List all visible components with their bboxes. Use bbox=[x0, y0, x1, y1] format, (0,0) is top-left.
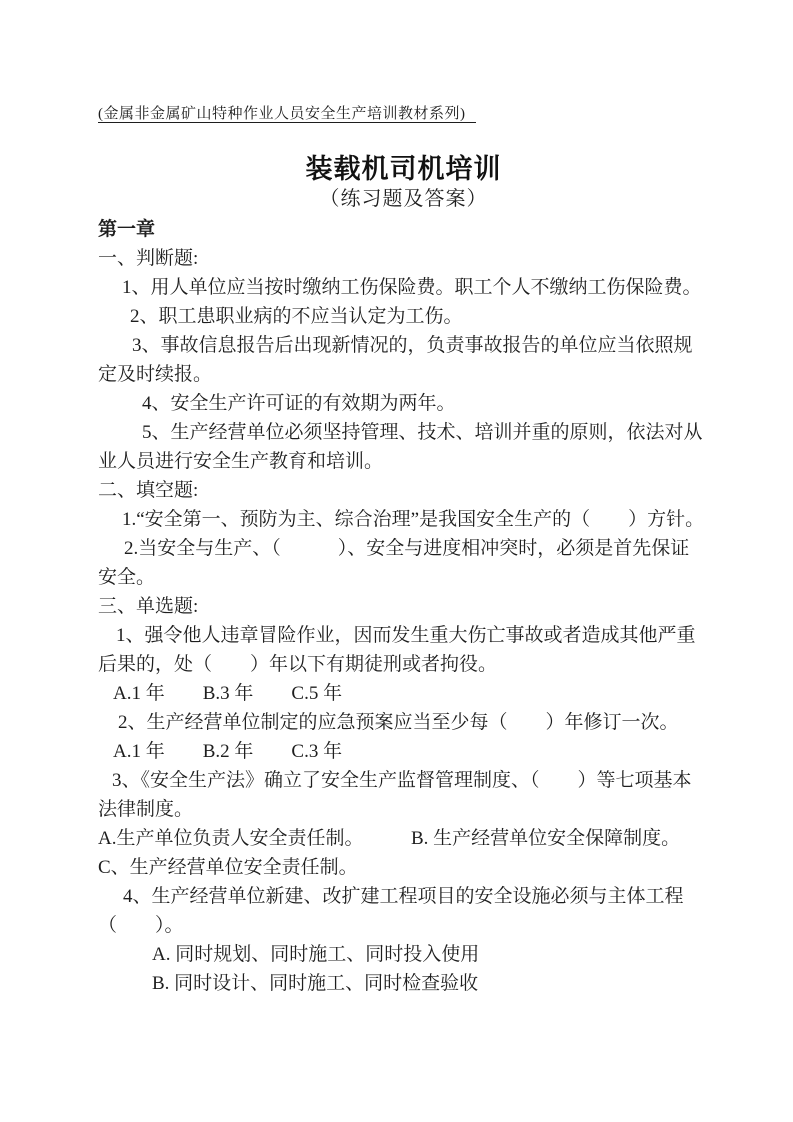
doc-line: 2.当安全与生产、（ ）、安全与进度相冲突时，必须是首先保证 bbox=[98, 534, 709, 563]
doc-line: 一、判断题: bbox=[98, 244, 709, 273]
series-header: (金属非金属矿山特种作业人员安全生产培训教材系列) bbox=[98, 104, 709, 124]
doc-title: 装载机司机培训 bbox=[98, 152, 709, 186]
doc-line: 1、强令他人违章冒险作业，因而发生重大伤亡事故或者造成其他严重 bbox=[98, 621, 709, 650]
doc-subtitle: （练习题及答案） bbox=[98, 186, 709, 212]
doc-body: 第一章一、判断题:1、用人单位应当按时缴纳工伤保险费。职工个人不缴纳工伤保险费。… bbox=[98, 215, 709, 998]
doc-line: B. 同时设计、同时施工、同时检查验收 bbox=[98, 969, 709, 998]
doc-line: 法律制度。 bbox=[98, 795, 709, 824]
doc-line: （ ）。 bbox=[98, 911, 709, 940]
series-header-text: (金属非金属矿山特种作业人员安全生产培训教材系列) bbox=[98, 106, 476, 123]
doc-line: A.1 年 B.3 年 C.5 年 bbox=[98, 679, 709, 708]
doc-line: 3、《安全生产法》确立了安全生产监督管理制度、（ ）等七项基本 bbox=[98, 766, 709, 795]
doc-line: 安全。 bbox=[98, 563, 709, 592]
doc-line: A.生产单位负责人安全责任制。 B. 生产经营单位安全保障制度。 bbox=[98, 824, 709, 853]
doc-line: 业人员进行安全生产教育和培训。 bbox=[98, 447, 709, 476]
doc-line: 2、生产经营单位制定的应急预案应当至少每（ ）年修订一次。 bbox=[98, 708, 709, 737]
doc-line: 后果的，处（ ）年以下有期徒刑或者拘役。 bbox=[98, 650, 709, 679]
doc-line: 4、生产经营单位新建、改扩建工程项目的安全设施必须与主体工程 bbox=[98, 882, 709, 911]
doc-line: C、生产经营单位安全责任制。 bbox=[98, 853, 709, 882]
doc-line: A.1 年 B.2 年 C.3 年 bbox=[98, 737, 709, 766]
doc-line: A. 同时规划、同时施工、同时投入使用 bbox=[98, 940, 709, 969]
doc-line: 1.“安全第一、预防为主、综合治理”是我国安全生产的（ ）方针。 bbox=[98, 505, 709, 534]
doc-line: 3、事故信息报告后出现新情况的，负责事故报告的单位应当依照规 bbox=[98, 331, 709, 360]
doc-line: 5、生产经营单位必须坚持管理、技术、培训并重的原则，依法对从 bbox=[98, 418, 709, 447]
doc-line: 1、用人单位应当按时缴纳工伤保险费。职工个人不缴纳工伤保险费。 bbox=[98, 273, 709, 302]
doc-line: 二、填空题: bbox=[98, 476, 709, 505]
doc-line: 定及时续报。 bbox=[98, 360, 709, 389]
document-page: (金属非金属矿山特种作业人员安全生产培训教材系列) 装载机司机培训 （练习题及答… bbox=[0, 0, 793, 1122]
doc-line: 2、职工患职业病的不应当认定为工伤。 bbox=[98, 302, 709, 331]
doc-line: 三、单选题: bbox=[98, 592, 709, 621]
doc-line: 第一章 bbox=[98, 215, 709, 244]
doc-line: 4、安全生产许可证的有效期为两年。 bbox=[98, 389, 709, 418]
